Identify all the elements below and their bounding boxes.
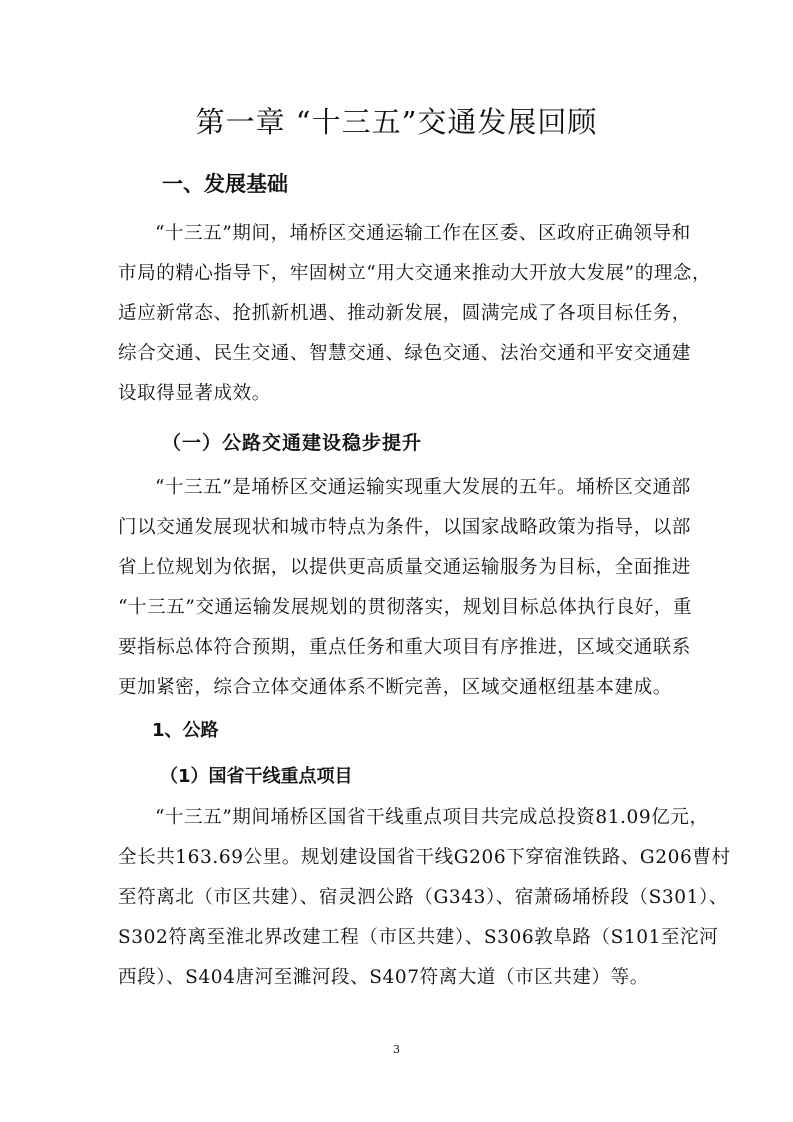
paragraph-1-line: 综合交通、民生交通、智慧交通、绿色交通、法治交通和平安交通建 bbox=[118, 342, 688, 366]
paragraph-2-line: “十三五”是埇桥区交通运输实现重大发展的五年。埇桥区交通部 bbox=[155, 476, 725, 500]
section-heading-development-foundation: 一、发展基础 bbox=[162, 168, 288, 198]
paragraph-2-line: 门以交通发展现状和城市特点为条件，以国家战略政策为指导，以部 bbox=[118, 516, 688, 540]
paragraph-2-line: 要指标总体符合预期，重点任务和重大项目有序推进，区域交通联系 bbox=[118, 636, 688, 660]
paragraph-1-line: 设取得显著成效。 bbox=[118, 382, 688, 406]
paragraph-2-line: 省上位规划为依据，以提供更高质量交通运输服务为目标，全面推进 bbox=[118, 556, 688, 580]
paragraph-1-line: “十三五”期间，埇桥区交通运输工作在区委、区政府正确领导和 bbox=[155, 222, 725, 246]
subsection-heading-highway: （一）公路交通建设稳步提升 bbox=[162, 428, 422, 455]
paragraph-2-line: “十三五”交通运输发展规划的贯彻落实，规划目标总体执行良好，重 bbox=[118, 596, 688, 620]
paragraph-3-line: 西段）、S404唐河至濉河段、S407符离大道（市区共建）等。 bbox=[118, 966, 688, 990]
paragraph-3-line: S302符离至淮北界改建工程（市区共建）、S306敦阜路（S101至沱河 bbox=[118, 926, 688, 950]
chapter-title: 第一章 “十三五”交通发展回顾 bbox=[0, 100, 793, 141]
paragraph-3-line: 至符离北（市区共建）、宿灵泗公路（G343）、宿萧砀埇桥段（S301）、 bbox=[118, 886, 688, 910]
paragraph-3-line: “十三五”期间埇桥区国省干线重点项目共完成总投资81.09亿元， bbox=[155, 806, 725, 830]
paragraph-2-line: 更加紧密，综合立体交通体系不断完善，区域交通枢纽基本建成。 bbox=[118, 676, 688, 700]
document-page: 第一章 “十三五”交通发展回顾 一、发展基础 “十三五”期间，埇桥区交通运输工作… bbox=[0, 0, 793, 1122]
paragraph-3-line: 全长共163.69公里。规划建设国省干线G206下穿宿淮铁路、G206曹村 bbox=[118, 846, 688, 870]
item-heading-highway: 1、公路 bbox=[152, 716, 219, 742]
paragraph-1-line: 市局的精心指导下，牢固树立“用大交通来推动大开放大发展”的理念， bbox=[118, 262, 688, 286]
page-number: 3 bbox=[0, 1043, 793, 1056]
item-subheading-trunk-projects: （1）国省干线重点项目 bbox=[160, 762, 353, 788]
paragraph-1-line: 适应新常态、抢抓新机遇、推动新发展，圆满完成了各项目标任务， bbox=[118, 302, 688, 326]
